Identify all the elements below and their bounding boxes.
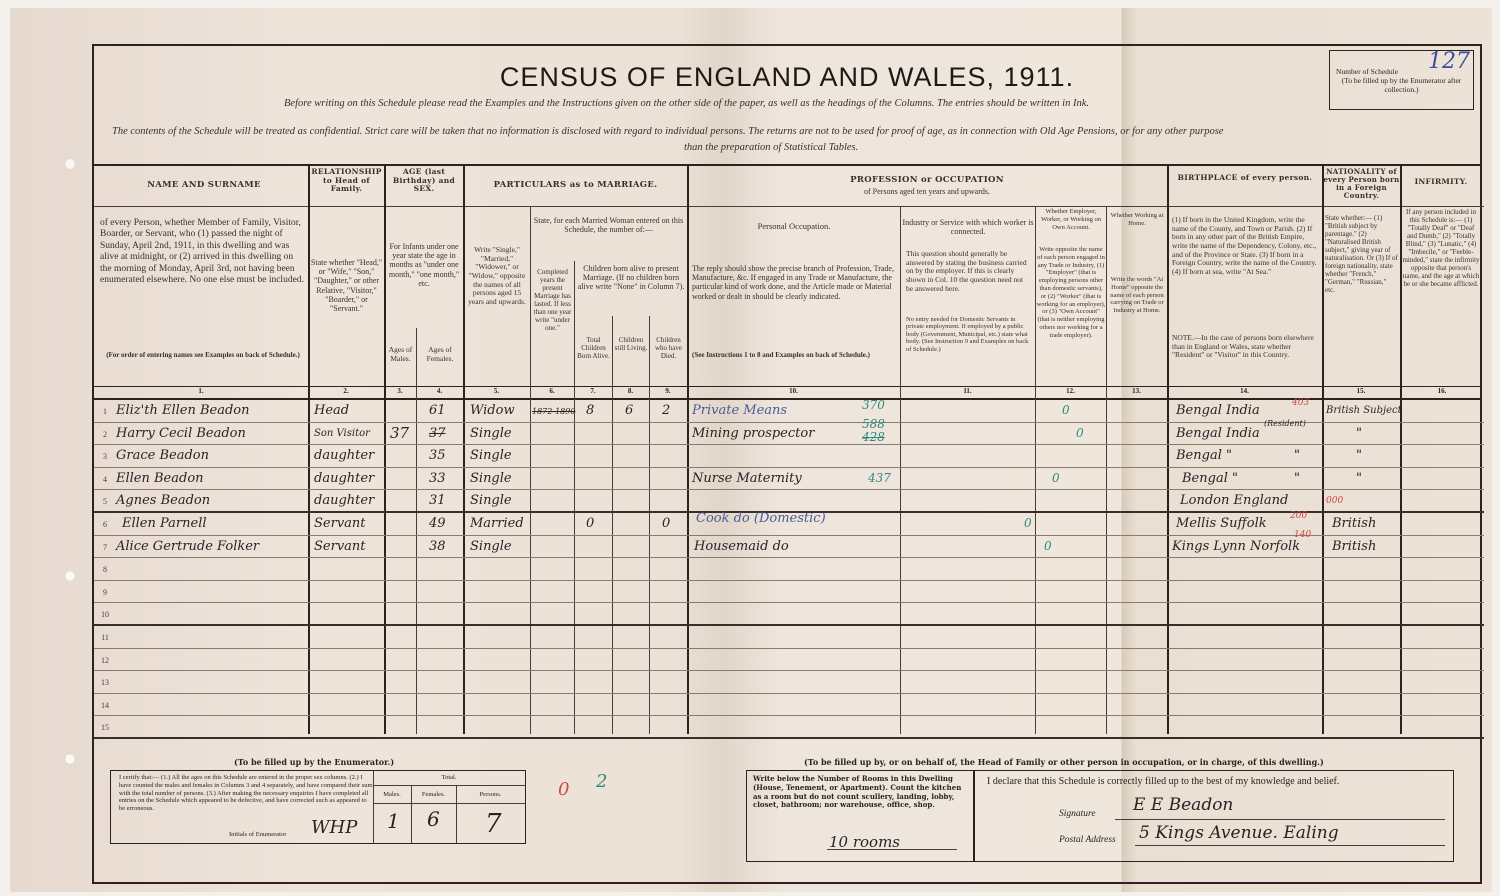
cell-years-married[interactable]: 1872-1890 [532, 407, 575, 416]
table-row: 3 Grace Beadon daughter 35 Single Bengal… [94, 445, 1484, 468]
schedule-number[interactable]: 127 [1428, 49, 1470, 74]
divider [373, 785, 525, 786]
table-row: 11 [94, 626, 1484, 649]
cell-female-age[interactable]: 49 [429, 516, 446, 531]
row-number: 5 [98, 497, 112, 506]
row-number: 12 [98, 656, 112, 665]
cell-nationality[interactable]: " [1356, 471, 1362, 486]
cell-female-age[interactable]: 38 [429, 539, 446, 554]
confidential-notice-2: than the preparation of Statistical Tabl… [684, 142, 858, 153]
col-number: 12. [1035, 387, 1106, 395]
cell-employer[interactable]: 0 [1044, 539, 1052, 553]
header-profession: PROFESSION or OCCUPATION [688, 176, 1166, 186]
col-number: 1. [94, 387, 308, 395]
cell-female-age[interactable]: 31 [429, 493, 446, 508]
males-label: Males. [373, 791, 411, 799]
cell-birthplace[interactable]: Bengal " [1176, 448, 1232, 463]
divider [94, 206, 1484, 207]
household-table: 1 Eliz'th Ellen Beadon Head 61 Widow 187… [94, 400, 1484, 740]
table-row: 12 [94, 649, 1484, 672]
header-marriage: PARTICULARS as to MARRIAGE. [464, 181, 687, 191]
table-row: 6 Ellen Parnell Servant 49 Married 0 0 C… [94, 513, 1484, 536]
col-number: 14. [1167, 387, 1322, 395]
form-frame: CENSUS OF ENGLAND AND WALES, 1911. Befor… [92, 44, 1482, 884]
header-name-note: (For order of entering names see Example… [100, 351, 306, 359]
cell-born-alive[interactable]: 8 [586, 403, 594, 418]
cell-employer[interactable]: 0 [1062, 403, 1070, 417]
col-number: 13. [1106, 387, 1167, 395]
instruction-line: Before writing on this Schedule please r… [284, 98, 1089, 109]
schedule-number-box: Number of Schedule 127 (To be filled up … [1329, 50, 1474, 110]
col-number: 4. [416, 387, 463, 395]
col-number: 11. [900, 387, 1035, 395]
total-females[interactable]: 6 [427, 807, 440, 831]
postal-address[interactable]: 5 Kings Avenue. Ealing [1139, 823, 1339, 843]
cell-name[interactable]: Harry Cecil Beadon [116, 426, 246, 441]
cell-occupation[interactable]: Cook do (Domestic) [696, 511, 826, 526]
header-at-home: Whether Working at Home. [1107, 212, 1167, 228]
header-married-woman: State, for each Married Woman entered on… [531, 216, 686, 234]
punch-hole [64, 753, 76, 765]
cell-died[interactable]: 0 [662, 516, 670, 531]
row-number: 15 [98, 723, 112, 732]
cell-nationality[interactable]: British Subject [1326, 405, 1402, 416]
cell-name[interactable]: Ellen Beadon [116, 471, 204, 486]
females-label: Females. [411, 791, 456, 799]
cell-living[interactable]: 6 [625, 403, 633, 418]
cell-birthplace[interactable]: Bengal " [1182, 471, 1238, 486]
cell-nationality[interactable]: " [1356, 448, 1362, 463]
header-at-home-desc: Write the words "At Home" opposite the n… [1107, 276, 1167, 315]
cell-bp-code: 403 [1292, 398, 1309, 408]
header-children-living: Children still Living. [613, 336, 649, 352]
cell-employer[interactable]: 0 [1076, 426, 1084, 440]
cell-marital[interactable]: Single [470, 539, 512, 554]
cell-occ-code: 588 [862, 417, 885, 431]
header-birthplace-note: NOTE.—In the case of persons born elsewh… [1172, 334, 1320, 360]
cell-birthplace[interactable]: Kings Lynn Norfolk [1172, 539, 1300, 554]
header-infirmity: INFIRMITY. [1401, 178, 1481, 187]
cell-relationship[interactable]: Servant [314, 539, 366, 554]
total-label: Total. [373, 774, 525, 782]
col-number: 2. [308, 387, 384, 395]
address-line [1135, 845, 1445, 846]
cell-born-alive[interactable]: 0 [586, 516, 594, 531]
cell-birthplace[interactable]: London England [1180, 493, 1288, 508]
col-number: 15. [1322, 387, 1400, 395]
table-row: 2 Harry Cecil Beadon Son Visitor 37 37 S… [94, 423, 1484, 446]
cell-female-age[interactable]: 35 [429, 448, 446, 463]
header-age-females: Ages of Females. [417, 346, 463, 363]
col-number: 10. [687, 387, 900, 395]
cell-female-age[interactable]: 61 [429, 403, 446, 418]
cell-occupation[interactable]: Housemaid do [694, 539, 789, 554]
table-row: 7 Alice Gertrude Folker Servant 38 Singl… [94, 536, 1484, 559]
cell-bp-note: (Resident) [1264, 419, 1306, 428]
header-personal-occupation-desc: The reply should show the precise branch… [692, 264, 897, 301]
table-row: 13 [94, 671, 1484, 694]
header-infirmity-desc: If any person included in this Schedule … [1402, 208, 1480, 288]
cell-occupation[interactable]: Mining prospector [692, 426, 814, 441]
enumerator-heading: (To be filled up by the Enumerator.) [234, 757, 394, 767]
col-number: 3. [384, 387, 416, 395]
table-row: 8 [94, 558, 1484, 581]
rooms-instruction: Write below the Number of Rooms in this … [753, 775, 967, 810]
enumerator-initials[interactable]: WHP [311, 817, 357, 838]
table-row: 10 [94, 603, 1484, 626]
cell-occ-code: 370 [862, 398, 885, 412]
declaration-box: I declare that this Schedule is correctl… [974, 770, 1454, 862]
row-number: 1 [98, 407, 112, 416]
cell-employer[interactable]: 0 [1052, 471, 1060, 485]
row-number: 13 [98, 678, 112, 687]
divider [373, 803, 525, 804]
row-number: 11 [98, 633, 112, 642]
enumerator-box: I certify that:— (1.) All the ages on th… [110, 770, 526, 844]
divider [373, 771, 374, 843]
col-number: 5. [463, 387, 530, 395]
cell-relationship[interactable]: Head [314, 403, 349, 418]
cell-bp-code: 140 [1294, 530, 1311, 540]
header-total-children: Total Children Born Alive. [575, 336, 612, 360]
table-row: 14 [94, 694, 1484, 717]
header-employer: Whether Employer, Worker, or Working on … [1036, 208, 1106, 231]
row-number: 7 [98, 543, 112, 552]
cell-marital[interactable]: Single [470, 448, 512, 463]
col-number: 9. [649, 387, 687, 395]
enumerator-certify: I certify that:— (1.) All the ages on th… [119, 774, 374, 813]
row-number: 14 [98, 701, 112, 710]
rooms-count[interactable]: 10 rooms [829, 833, 900, 851]
total-males[interactable]: 1 [387, 809, 400, 833]
table-row: 5 Agnes Beadon daughter 31 Single London… [94, 490, 1484, 513]
cell-female-age[interactable]: 37 [429, 426, 446, 441]
cell-birthplace[interactable]: Mellis Suffolk [1176, 516, 1267, 531]
cell-bp-code: 200 [1290, 511, 1307, 521]
header-relationship-desc: State whether "Head," or "Wife," "Son," … [309, 258, 384, 313]
divider [94, 164, 1480, 166]
cell-nationality[interactable]: British [1332, 539, 1376, 554]
rooms-box: Write below the Number of Rooms in this … [746, 770, 974, 862]
cell-marital[interactable]: Single [470, 493, 512, 508]
initials-label: Initials of Enumerator [229, 831, 286, 839]
punch-hole [64, 158, 76, 170]
cell-relationship[interactable]: daughter [314, 471, 374, 486]
form-title: CENSUS OF ENGLAND AND WALES, 1911. [94, 62, 1480, 93]
address-label: Postal Address [1059, 835, 1116, 845]
declaration-text: I declare that this Schedule is correctl… [987, 776, 1339, 787]
row-number: 2 [98, 430, 112, 439]
cell-name[interactable]: Agnes Beadon [116, 493, 210, 508]
header-birthplace-desc: (1) If born in the United Kingdom, write… [1172, 216, 1320, 276]
cell-relationship[interactable]: daughter [314, 493, 374, 508]
header-marriage-write: Write "Single," "Married," "Widower," or… [465, 246, 529, 306]
table-row: 15 [94, 716, 1484, 739]
header-nationality-desc: State whether:— (1) "British subject by … [1325, 214, 1398, 294]
header-relationship: RELATIONSHIP to Head of Family. [309, 168, 384, 194]
cell-occupation[interactable]: Private Means [692, 403, 787, 418]
row-number: 3 [98, 452, 112, 461]
header-age: AGE (last Birthday) and SEX. [385, 168, 463, 194]
census-schedule-paper: CENSUS OF ENGLAND AND WALES, 1911. Befor… [10, 8, 1492, 892]
punch-hole [64, 570, 76, 582]
persons-label: Persons. [456, 791, 525, 799]
cell-nationality[interactable]: " [1356, 426, 1362, 441]
header-personal-occupation-note: (See Instructions 1 to 8 and Examples on… [692, 351, 897, 359]
header-industry-desc: This question should generally be answer… [906, 250, 1032, 293]
row-number: 9 [98, 588, 112, 597]
schedule-number-note: (To be filled up by the Enumerator after… [1336, 76, 1467, 94]
cell-occupation[interactable]: Nurse Maternity [692, 471, 802, 486]
margin-mark-red: 0 [558, 779, 569, 800]
header-children-born: Children born alive to present Marriage.… [575, 264, 687, 292]
header-completed-years: Completed years the present Marriage has… [531, 268, 574, 332]
cell-relationship[interactable]: Servant [314, 516, 366, 531]
cell-bp-code: 000 [1326, 496, 1343, 506]
cell-marital[interactable]: Single [470, 426, 512, 441]
signature-label: Signature [1059, 809, 1096, 819]
row-number: 10 [98, 610, 112, 619]
cell-bp-code: " [1294, 471, 1300, 486]
header-name: NAME AND SURNAME [104, 181, 304, 191]
header-birthplace: BIRTHPLACE of every person. [1168, 174, 1322, 183]
signature-line [1115, 819, 1445, 820]
header-industry-note: No entry needed for Domestic Servants in… [906, 316, 1032, 353]
row-number: 8 [98, 565, 112, 574]
cell-male-age[interactable]: 37 [390, 424, 409, 442]
header-profession-sub: of Persons aged ten years and upwards. [688, 187, 1166, 196]
header-employer-desc: Write opposite the name of each person e… [1036, 246, 1106, 340]
cell-marital[interactable]: Single [470, 471, 512, 486]
col-number: 6. [530, 387, 574, 395]
col-number: 16. [1400, 387, 1484, 395]
header-personal-occupation: Personal Occupation. [690, 222, 898, 232]
col-number: 7. [574, 387, 612, 395]
cell-female-age[interactable]: 33 [429, 471, 446, 486]
cell-marital[interactable]: Married [470, 516, 524, 531]
table-row: 9 [94, 581, 1484, 604]
cell-employer[interactable]: 0 [1024, 516, 1032, 530]
cell-bp-code: " [1294, 448, 1300, 463]
header-age-males: Ages of Males. [385, 346, 416, 363]
header-name-desc: of every Person, whether Member of Famil… [100, 218, 306, 286]
cell-marital[interactable]: Widow [470, 403, 515, 418]
header-children-died: Children who have Died. [650, 336, 687, 360]
cell-occ-code: 437 [868, 471, 891, 485]
cell-name[interactable]: Ellen Parnell [122, 516, 207, 531]
signature[interactable]: E E Beadon [1133, 795, 1233, 815]
cell-name[interactable]: Grace Beadon [116, 448, 209, 463]
row-number: 4 [98, 475, 112, 484]
table-row: 4 Ellen Beadon daughter 33 Single Nurse … [94, 468, 1484, 491]
cell-nationality[interactable]: British [1332, 516, 1376, 531]
header-age-desc: For Infants under one year state the age… [385, 242, 463, 288]
confidential-notice: The contents of the Schedule will be tre… [112, 126, 1223, 137]
cell-name[interactable]: Alice Gertrude Folker [116, 539, 259, 554]
total-persons[interactable]: 7 [485, 809, 502, 839]
household-heading: (To be filled up by, or on behalf of, th… [804, 757, 1324, 767]
header-industry: Industry or Service with which worker is… [902, 218, 1034, 236]
cell-birthplace[interactable]: Bengal India [1176, 426, 1260, 441]
cell-relationship[interactable]: daughter [314, 448, 374, 463]
cell-relationship[interactable]: Son Visitor [314, 428, 370, 439]
cell-died[interactable]: 2 [662, 403, 670, 418]
cell-birthplace[interactable]: Bengal India [1176, 403, 1260, 418]
row-number: 6 [98, 520, 112, 529]
cell-occ-code-struck: 428 [862, 430, 885, 444]
margin-mark-green: 2 [596, 771, 607, 792]
header-nationality: NATIONALITY of every Person born in a Fo… [1323, 168, 1400, 200]
cell-name[interactable]: Eliz'th Ellen Beadon [116, 403, 249, 418]
col-number: 8. [612, 387, 649, 395]
